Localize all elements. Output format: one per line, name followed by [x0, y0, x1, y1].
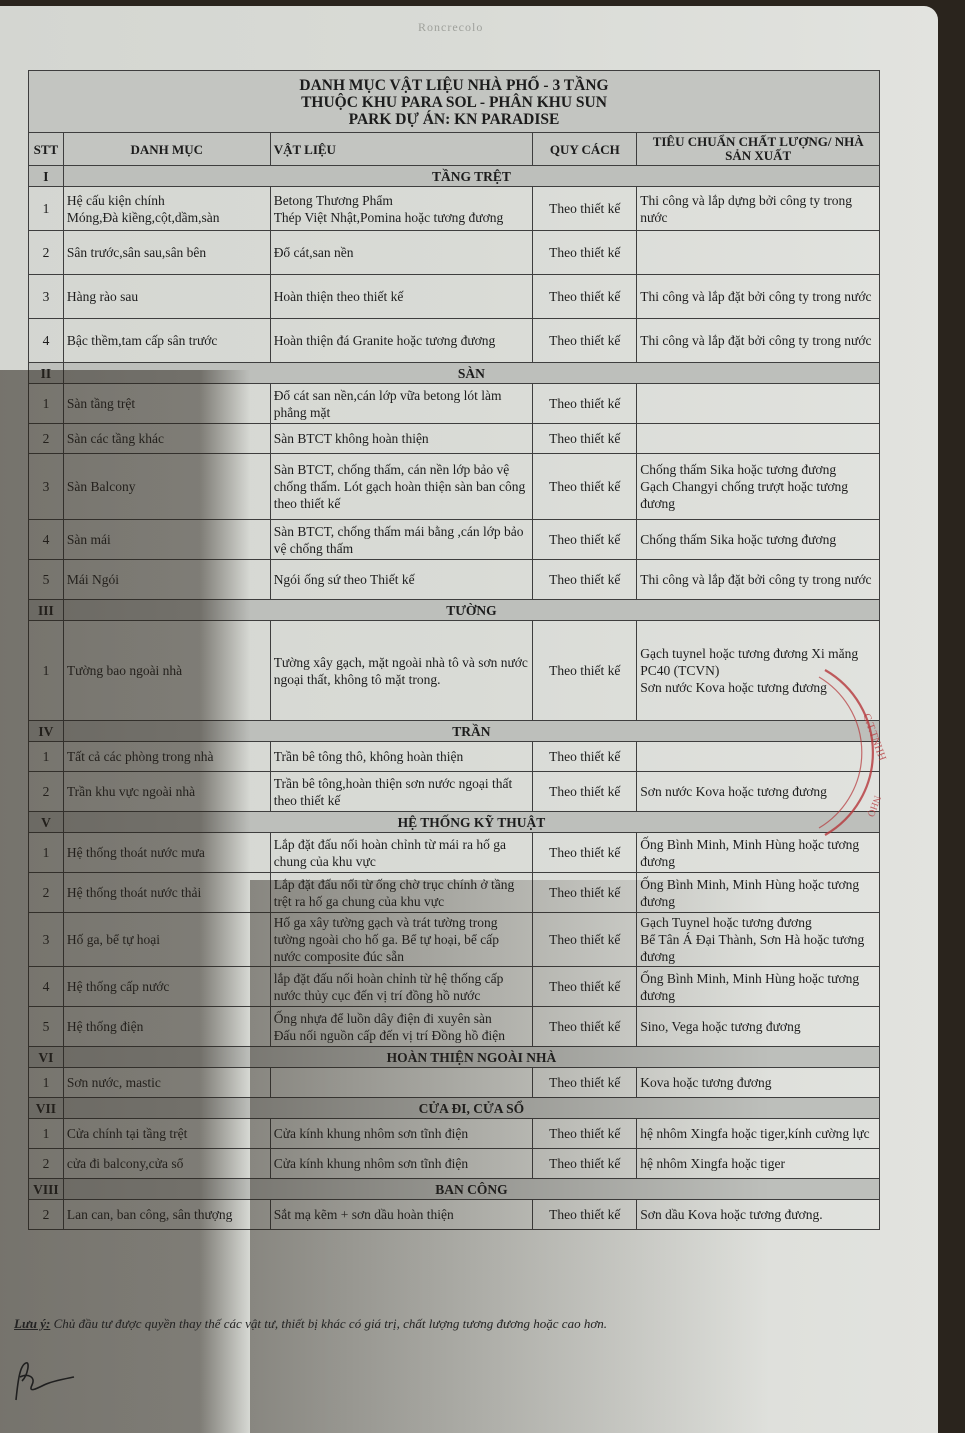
column-header-row: STT DANH MỤC VẬT LIỆU QUY CÁCH TIÊU CHUẨ… [29, 133, 880, 166]
cell-quy-cach: Theo thiết kế [533, 560, 637, 600]
cell-danh-muc: Sơn nước, mastic [63, 1068, 270, 1098]
table-row: 1Tường bao ngoài nhàTường xây gạch, mặt … [29, 621, 880, 721]
cell-quy-cach: Theo thiết kế [533, 187, 637, 231]
cell-danh-muc: Sàn các tầng khác [63, 424, 270, 454]
cell-vat-lieu: Đổ cát,san nền [270, 231, 533, 275]
svg-text:NHỌ: NHỌ [865, 794, 883, 818]
cell-vat-lieu: Betong Thương Phẩm Thép Việt Nhật,Pomina… [270, 187, 533, 231]
cell-tieu-chuan: Sơn dầu Kova hoặc tương đương. [637, 1200, 880, 1230]
cell-stt: 2 [29, 873, 64, 913]
cell-danh-muc: Trần khu vực ngoài nhà [63, 772, 270, 812]
cell-quy-cach: Theo thiết kế [533, 1149, 637, 1179]
cell-quy-cach: Theo thiết kế [533, 913, 637, 967]
cell-stt: 2 [29, 772, 64, 812]
svg-text:C.T.TNHH: C.T.TNHH [860, 712, 888, 762]
cell-stt: 2 [29, 424, 64, 454]
title-line-2: THUỘC KHU PARA SOL - PHÂN KHU SUN [29, 94, 879, 111]
cell-tieu-chuan: Chống thấm Sika hoặc tương đương [637, 520, 880, 560]
cell-tieu-chuan: Ống Bình Minh, Minh Hùng hoặc tương đươn… [637, 967, 880, 1007]
col-vat-lieu: VẬT LIỆU [270, 133, 533, 166]
materials-table: DANH MỤC VẬT LIỆU NHÀ PHỐ - 3 TẦNG THUỘC… [28, 70, 880, 1230]
section-row: VHỆ THỐNG KỸ THUẬT [29, 812, 880, 833]
section-number: VI [29, 1047, 64, 1068]
cell-tieu-chuan [637, 424, 880, 454]
table-row: 4Bậc thềm,tam cấp sân trướcHoàn thiện đá… [29, 319, 880, 363]
cell-tieu-chuan: hệ nhôm Xingfa hoặc tiger [637, 1149, 880, 1179]
table-row: 5Hệ thống điệnỐng nhựa để luồn dây điện … [29, 1007, 880, 1047]
cell-vat-lieu: Hoàn thiện theo thiết kế [270, 275, 533, 319]
col-quy-cach: QUY CÁCH [533, 133, 637, 166]
title-line-3: PARK DỰ ÁN: KN PARADISE [29, 111, 879, 128]
cell-tieu-chuan: Ống Bình Minh, Minh Hùng hoặc tương đươn… [637, 873, 880, 913]
section-title: HOÀN THIỆN NGOÀI NHÀ [63, 1047, 879, 1068]
section-title: TƯỜNG [63, 600, 879, 621]
section-title: BAN CÔNG [63, 1179, 879, 1200]
cell-danh-muc: Hàng rào sau [63, 275, 270, 319]
cell-vat-lieu: lắp đặt đấu nối hoàn chỉnh từ hệ thống c… [270, 967, 533, 1007]
cell-quy-cach: Theo thiết kế [533, 319, 637, 363]
cell-tieu-chuan: hệ nhôm Xingfa hoặc tiger,kính cường lực [637, 1119, 880, 1149]
cell-quy-cach: Theo thiết kế [533, 967, 637, 1007]
cell-quy-cach: Theo thiết kế [533, 833, 637, 873]
cell-danh-muc: Hệ thống thoát nước mưa [63, 833, 270, 873]
cell-quy-cach: Theo thiết kế [533, 1119, 637, 1149]
cell-tieu-chuan: Kova hoặc tương đương [637, 1068, 880, 1098]
cell-stt: 1 [29, 621, 64, 721]
cell-vat-lieu: Ngói ống sứ theo Thiết kế [270, 560, 533, 600]
cell-stt: 1 [29, 742, 64, 772]
cell-danh-muc: Sàn Balcony [63, 454, 270, 520]
cell-quy-cach: Theo thiết kế [533, 772, 637, 812]
cell-vat-lieu [270, 1068, 533, 1098]
cell-vat-lieu: Trần bê tông,hoàn thiện sơn nước ngoại t… [270, 772, 533, 812]
cell-vat-lieu: Sàn BTCT, chống thấm mái bằng ,cán lớp b… [270, 520, 533, 560]
cell-danh-muc: Hệ cấu kiện chính Móng,Đà kiềng,cột,dầm,… [63, 187, 270, 231]
cell-tieu-chuan: Gạch Tuynel hoặc tương đương Bể Tân Á Đạ… [637, 913, 880, 967]
cell-stt: 1 [29, 1068, 64, 1098]
col-danh-muc: DANH MỤC [63, 133, 270, 166]
cell-quy-cach: Theo thiết kế [533, 231, 637, 275]
table-row: 3Hố ga, bể tự hoạiHố ga xây tường gạch v… [29, 913, 880, 967]
footnote: Lưu ý: Chủ đầu tư được quyền thay thế cá… [14, 1316, 607, 1332]
cell-tieu-chuan: Chống thấm Sika hoặc tương đương Gạch Ch… [637, 454, 880, 520]
table-row: 2cửa đi balcony,cửa sổCửa kính khung nhô… [29, 1149, 880, 1179]
cell-danh-muc: Mái Ngói [63, 560, 270, 600]
document-title: DANH MỤC VẬT LIỆU NHÀ PHỐ - 3 TẦNG THUỘC… [29, 71, 880, 133]
table-row: 1Hệ cấu kiện chính Móng,Đà kiềng,cột,dầm… [29, 187, 880, 231]
section-number: IV [29, 721, 64, 742]
cell-tieu-chuan: Thi công và lắp đặt bởi công ty trong nư… [637, 560, 880, 600]
section-title: HỆ THỐNG KỸ THUẬT [63, 812, 879, 833]
cell-quy-cach: Theo thiết kế [533, 384, 637, 424]
cell-vat-lieu: Lắp đặt đấu nối từ ống chờ trục chính ở … [270, 873, 533, 913]
cell-vat-lieu: Trần bê tông thô, không hoàn thiện [270, 742, 533, 772]
cell-vat-lieu: Hoàn thiện đá Granite hoặc tương đương [270, 319, 533, 363]
cell-tieu-chuan: Thi công và lắp đặt bởi công ty trong nư… [637, 319, 880, 363]
section-number: III [29, 600, 64, 621]
cell-stt: 4 [29, 319, 64, 363]
section-row: VIIIBAN CÔNG [29, 1179, 880, 1200]
section-row: IVTRẦN [29, 721, 880, 742]
cell-quy-cach: Theo thiết kế [533, 520, 637, 560]
table-row: 3Hàng rào sauHoàn thiện theo thiết kếThe… [29, 275, 880, 319]
cell-vat-lieu: Sàn BTCT không hoàn thiện [270, 424, 533, 454]
section-row: IIITƯỜNG [29, 600, 880, 621]
cell-tieu-chuan: Sino, Vega hoặc tương đương [637, 1007, 880, 1047]
table-row: 1Hệ thống thoát nước mưaLắp đặt đấu nối … [29, 833, 880, 873]
cell-danh-muc: cửa đi balcony,cửa sổ [63, 1149, 270, 1179]
cell-stt: 2 [29, 1149, 64, 1179]
cell-stt: 1 [29, 1119, 64, 1149]
cell-danh-muc: Hệ thống điện [63, 1007, 270, 1047]
section-title: TẦNG TRỆT [63, 166, 879, 187]
table-row: 3Sàn BalconySàn BTCT, chống thấm, cán nề… [29, 454, 880, 520]
table-row: 4Sàn máiSàn BTCT, chống thấm mái bằng ,c… [29, 520, 880, 560]
cell-stt: 1 [29, 187, 64, 231]
cell-quy-cach: Theo thiết kế [533, 621, 637, 721]
table-row: 2Trần khu vực ngoài nhàTrần bê tông,hoàn… [29, 772, 880, 812]
table-row: 4Hệ thống cấp nướclắp đặt đấu nối hoàn c… [29, 967, 880, 1007]
section-number: I [29, 166, 64, 187]
cell-quy-cach: Theo thiết kế [533, 742, 637, 772]
cell-stt: 3 [29, 454, 64, 520]
cell-vat-lieu: Cửa kính khung nhôm sơn tĩnh điện [270, 1119, 533, 1149]
footnote-text: Chủ đầu tư được quyền thay thế các vật t… [50, 1316, 607, 1331]
table-row: 2Sàn các tầng khácSàn BTCT không hoàn th… [29, 424, 880, 454]
company-stamp-icon: C.T.TNHH NHỌ [815, 665, 905, 840]
section-title: CỬA ĐI, CỬA SỔ [63, 1098, 879, 1119]
cell-danh-muc: Tất cả các phòng trong nhà [63, 742, 270, 772]
cell-danh-muc: Sàn tầng trệt [63, 384, 270, 424]
cell-stt: 1 [29, 384, 64, 424]
cell-danh-muc: Sàn mái [63, 520, 270, 560]
table-row: 2Sân trước,sân sau,sân bênĐổ cát,san nền… [29, 231, 880, 275]
cell-vat-lieu: Lắp đặt đấu nối hoàn chỉnh từ mái ra hố … [270, 833, 533, 873]
table-row: 2Hệ thống thoát nước thảiLắp đặt đấu nối… [29, 873, 880, 913]
cell-vat-lieu: Cửa kính khung nhôm sơn tĩnh điện [270, 1149, 533, 1179]
cell-vat-lieu: Sắt mạ kẽm + sơn dầu hoàn thiện [270, 1200, 533, 1230]
cell-tieu-chuan [637, 384, 880, 424]
cell-tieu-chuan [637, 231, 880, 275]
cell-danh-muc: Tường bao ngoài nhà [63, 621, 270, 721]
cell-quy-cach: Theo thiết kế [533, 1200, 637, 1230]
section-title: TRẦN [63, 721, 879, 742]
section-title: SÀN [63, 363, 879, 384]
col-stt: STT [29, 133, 64, 166]
cell-tieu-chuan: Thi công và lắp dựng bởi công ty trong n… [637, 187, 880, 231]
table-row: 1Sơn nước, masticTheo thiết kếKova hoặc … [29, 1068, 880, 1098]
cell-quy-cach: Theo thiết kế [533, 424, 637, 454]
section-number: V [29, 812, 64, 833]
cell-stt: 4 [29, 967, 64, 1007]
section-row: VIHOÀN THIỆN NGOÀI NHÀ [29, 1047, 880, 1068]
cell-stt: 5 [29, 1007, 64, 1047]
cell-danh-muc: Sân trước,sân sau,sân bên [63, 231, 270, 275]
signature-icon [8, 1355, 78, 1405]
table-row: 2Lan can, ban công, sân thượngSắt mạ kẽm… [29, 1200, 880, 1230]
cell-stt: 2 [29, 231, 64, 275]
cell-quy-cach: Theo thiết kế [533, 275, 637, 319]
table-row: 1Tất cả các phòng trong nhàTrần bê tông … [29, 742, 880, 772]
cell-vat-lieu: Đổ cát san nền,cán lớp vữa betong lót là… [270, 384, 533, 424]
cell-vat-lieu: Ống nhựa để luồn dây điện đi xuyên sàn Đ… [270, 1007, 533, 1047]
table-row: 1Cửa chính tại tầng trệtCửa kính khung n… [29, 1119, 880, 1149]
cell-danh-muc: Hệ thống thoát nước thải [63, 873, 270, 913]
cell-quy-cach: Theo thiết kế [533, 1068, 637, 1098]
cell-quy-cach: Theo thiết kế [533, 873, 637, 913]
cell-stt: 1 [29, 833, 64, 873]
cell-danh-muc: Hố ga, bể tự hoại [63, 913, 270, 967]
cell-vat-lieu: Sàn BTCT, chống thấm, cán nền lớp bảo vệ… [270, 454, 533, 520]
cell-quy-cach: Theo thiết kế [533, 454, 637, 520]
header-watermark: Roncrecolo [418, 20, 483, 35]
cell-vat-lieu: Hố ga xây tường gạch và trát tường trong… [270, 913, 533, 967]
title-line-1: DANH MỤC VẬT LIỆU NHÀ PHỐ - 3 TẦNG [29, 77, 879, 94]
cell-stt: 5 [29, 560, 64, 600]
cell-stt: 3 [29, 275, 64, 319]
cell-danh-muc: Hệ thống cấp nước [63, 967, 270, 1007]
section-row: VIICỬA ĐI, CỬA SỔ [29, 1098, 880, 1119]
cell-stt: 3 [29, 913, 64, 967]
table-row: 1Sàn tầng trệtĐổ cát san nền,cán lớp vữa… [29, 384, 880, 424]
section-number: II [29, 363, 64, 384]
col-tieu-chuan: TIÊU CHUẨN CHẤT LƯỢNG/ NHÀ SẢN XUẤT [637, 133, 880, 166]
cell-vat-lieu: Tường xây gạch, mặt ngoài nhà tô và sơn … [270, 621, 533, 721]
table-row: 5Mái NgóiNgói ống sứ theo Thiết kếTheo t… [29, 560, 880, 600]
section-row: ITẦNG TRỆT [29, 166, 880, 187]
cell-stt: 4 [29, 520, 64, 560]
cell-danh-muc: Lan can, ban công, sân thượng [63, 1200, 270, 1230]
section-number: VIII [29, 1179, 64, 1200]
cell-danh-muc: Cửa chính tại tầng trệt [63, 1119, 270, 1149]
cell-stt: 2 [29, 1200, 64, 1230]
section-number: VII [29, 1098, 64, 1119]
section-row: IISÀN [29, 363, 880, 384]
cell-tieu-chuan: Thi công và lắp đặt bởi công ty trong nư… [637, 275, 880, 319]
footnote-label: Lưu ý: [14, 1316, 50, 1331]
cell-danh-muc: Bậc thềm,tam cấp sân trước [63, 319, 270, 363]
cell-quy-cach: Theo thiết kế [533, 1007, 637, 1047]
